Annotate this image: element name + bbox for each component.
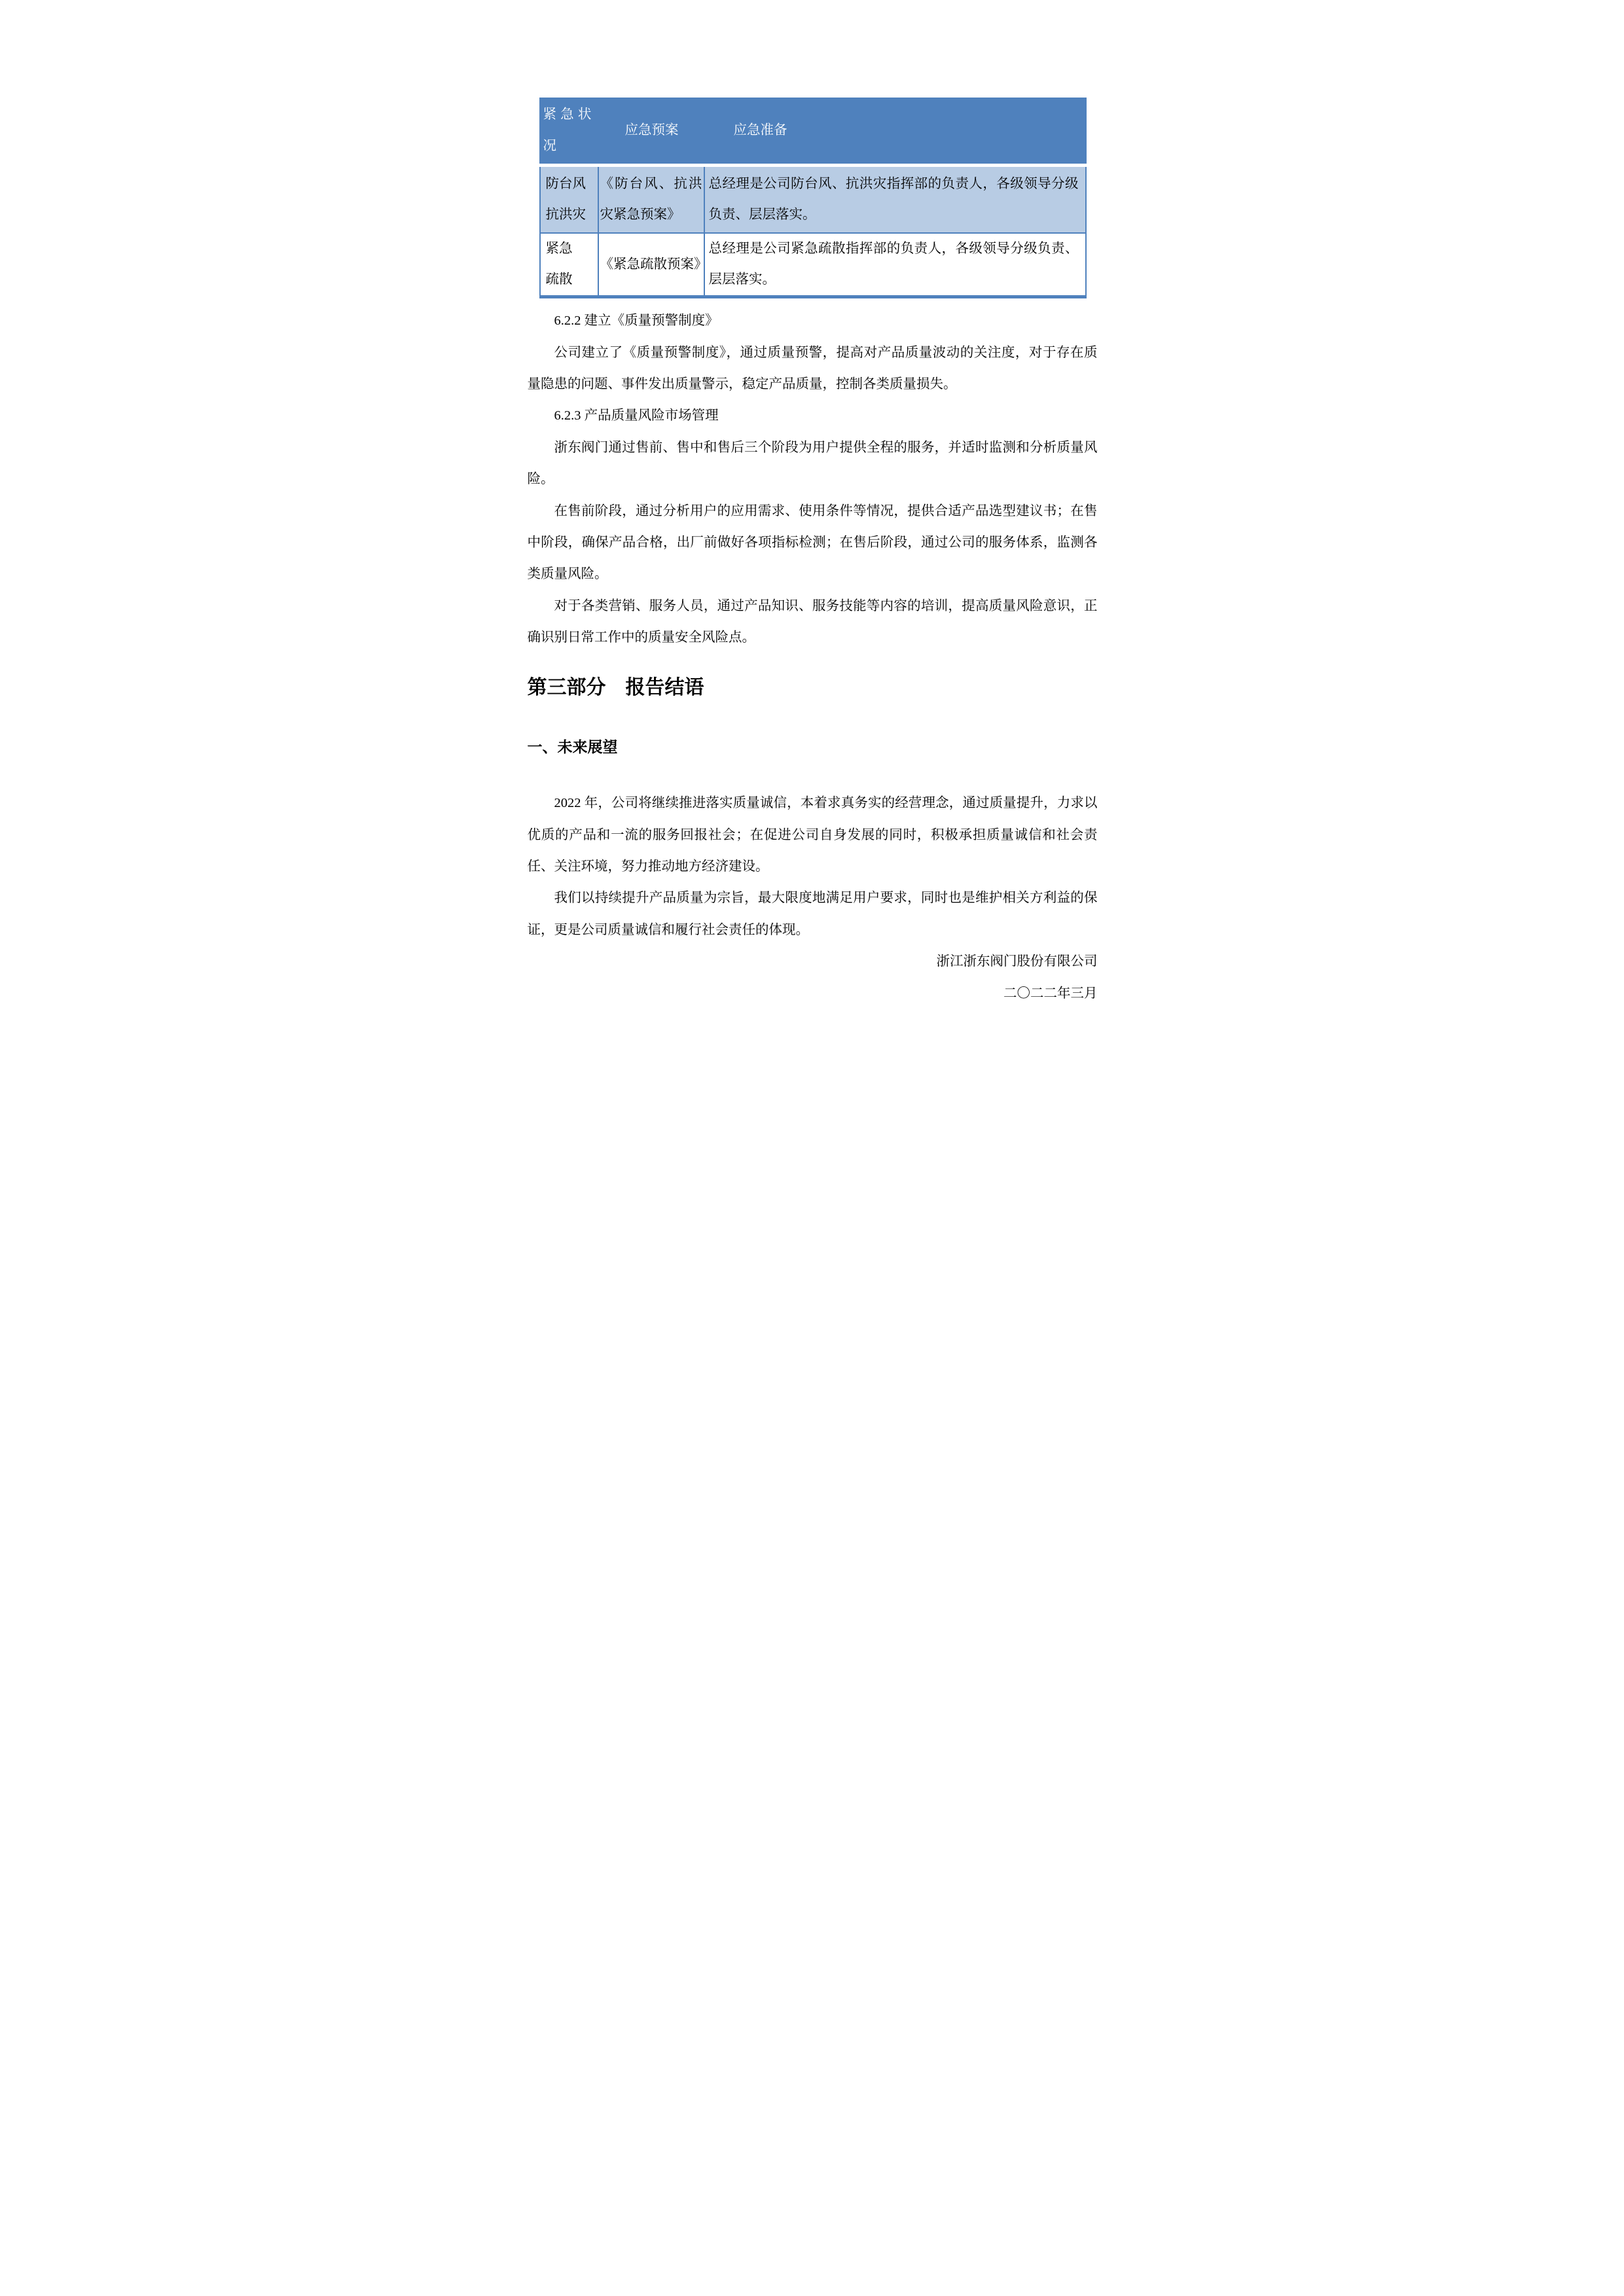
header-cell-emergency-preparation: 应急准备 [705,98,1087,167]
paragraph-future-2: 我们以持续提升产品质量为宗旨，最大限度地满足用户要求，同时也是维护相关方利益的保… [528,882,1098,946]
table-header-row: 紧急状况 应急预案 应急准备 [539,98,1087,167]
body-text: 6.2.2 建立《质量预警制度》 公司建立了《质量预警制度》，通过质量预警，提高… [528,305,1098,1009]
cell-preparation: 总经理是公司防台风、抗洪灾指挥部的负责人，各级领导分级负责、层层落实。 [705,167,1087,234]
part3-title: 第三部分 报告结语 [528,675,1098,700]
report-date: 二〇二二年三月 [528,978,1098,1009]
cell-situation: 防台风抗洪灾 [539,167,599,234]
cell-plan: 《防台风、抗洪灾紧急预案》 [599,167,705,234]
header-cell-emergency-situation: 紧急状况 [539,98,599,167]
paragraph-6-2-3-1: 浙东阀门通过售前、售中和售后三个阶段为用户提供全程的服务，并适时监测和分析质量风… [528,432,1098,495]
heading-6-2-2: 6.2.2 建立《质量预警制度》 [528,305,1098,336]
future-outlook-heading: 一、未来展望 [528,738,1098,757]
table-row: 防台风抗洪灾 《防台风、抗洪灾紧急预案》 总经理是公司防台风、抗洪灾指挥部的负责… [539,167,1087,234]
paragraph-6-2-3-3: 对于各类营销、服务人员，通过产品知识、服务技能等内容的培训，提高质量风险意识，正… [528,590,1098,654]
heading-6-2-3: 6.2.3 产品质量风险市场管理 [528,400,1098,431]
cell-preparation: 总经理是公司紧急疏散指挥部的负责人，各级领导分级负责、层层落实。 [705,234,1087,298]
emergency-plan-table: 紧急状况 应急预案 应急准备 防台风抗洪灾 《防台风、抗洪灾紧急预案》 总经理是… [539,98,1087,298]
page-content: 紧急状况 应急预案 应急准备 防台风抗洪灾 《防台风、抗洪灾紧急预案》 总经理是… [406,98,1218,1009]
cell-plan: 《紧急疏散预案》 [599,234,705,298]
paragraph-6-2-2: 公司建立了《质量预警制度》，通过质量预警，提高对产品质量波动的关注度，对于存在质… [528,337,1098,401]
document-page: 紧急状况 应急预案 应急准备 防台风抗洪灾 《防台风、抗洪灾紧急预案》 总经理是… [406,0,1218,1148]
table-row: 紧急疏散 《紧急疏散预案》 总经理是公司紧急疏散指挥部的负责人，各级领导分级负责… [539,234,1087,298]
paragraph-6-2-3-2: 在售前阶段，通过分析用户的应用需求、使用条件等情况，提供合适产品选型建议书；在售… [528,495,1098,590]
cell-situation: 紧急疏散 [539,234,599,298]
paragraph-future-1: 2022 年，公司将继续推进落实质量诚信，本着求真务实的经营理念，通过质量提升，… [528,787,1098,882]
header-cell-emergency-plan: 应急预案 [599,98,705,167]
company-signature: 浙江浙东阀门股份有限公司 [528,946,1098,977]
